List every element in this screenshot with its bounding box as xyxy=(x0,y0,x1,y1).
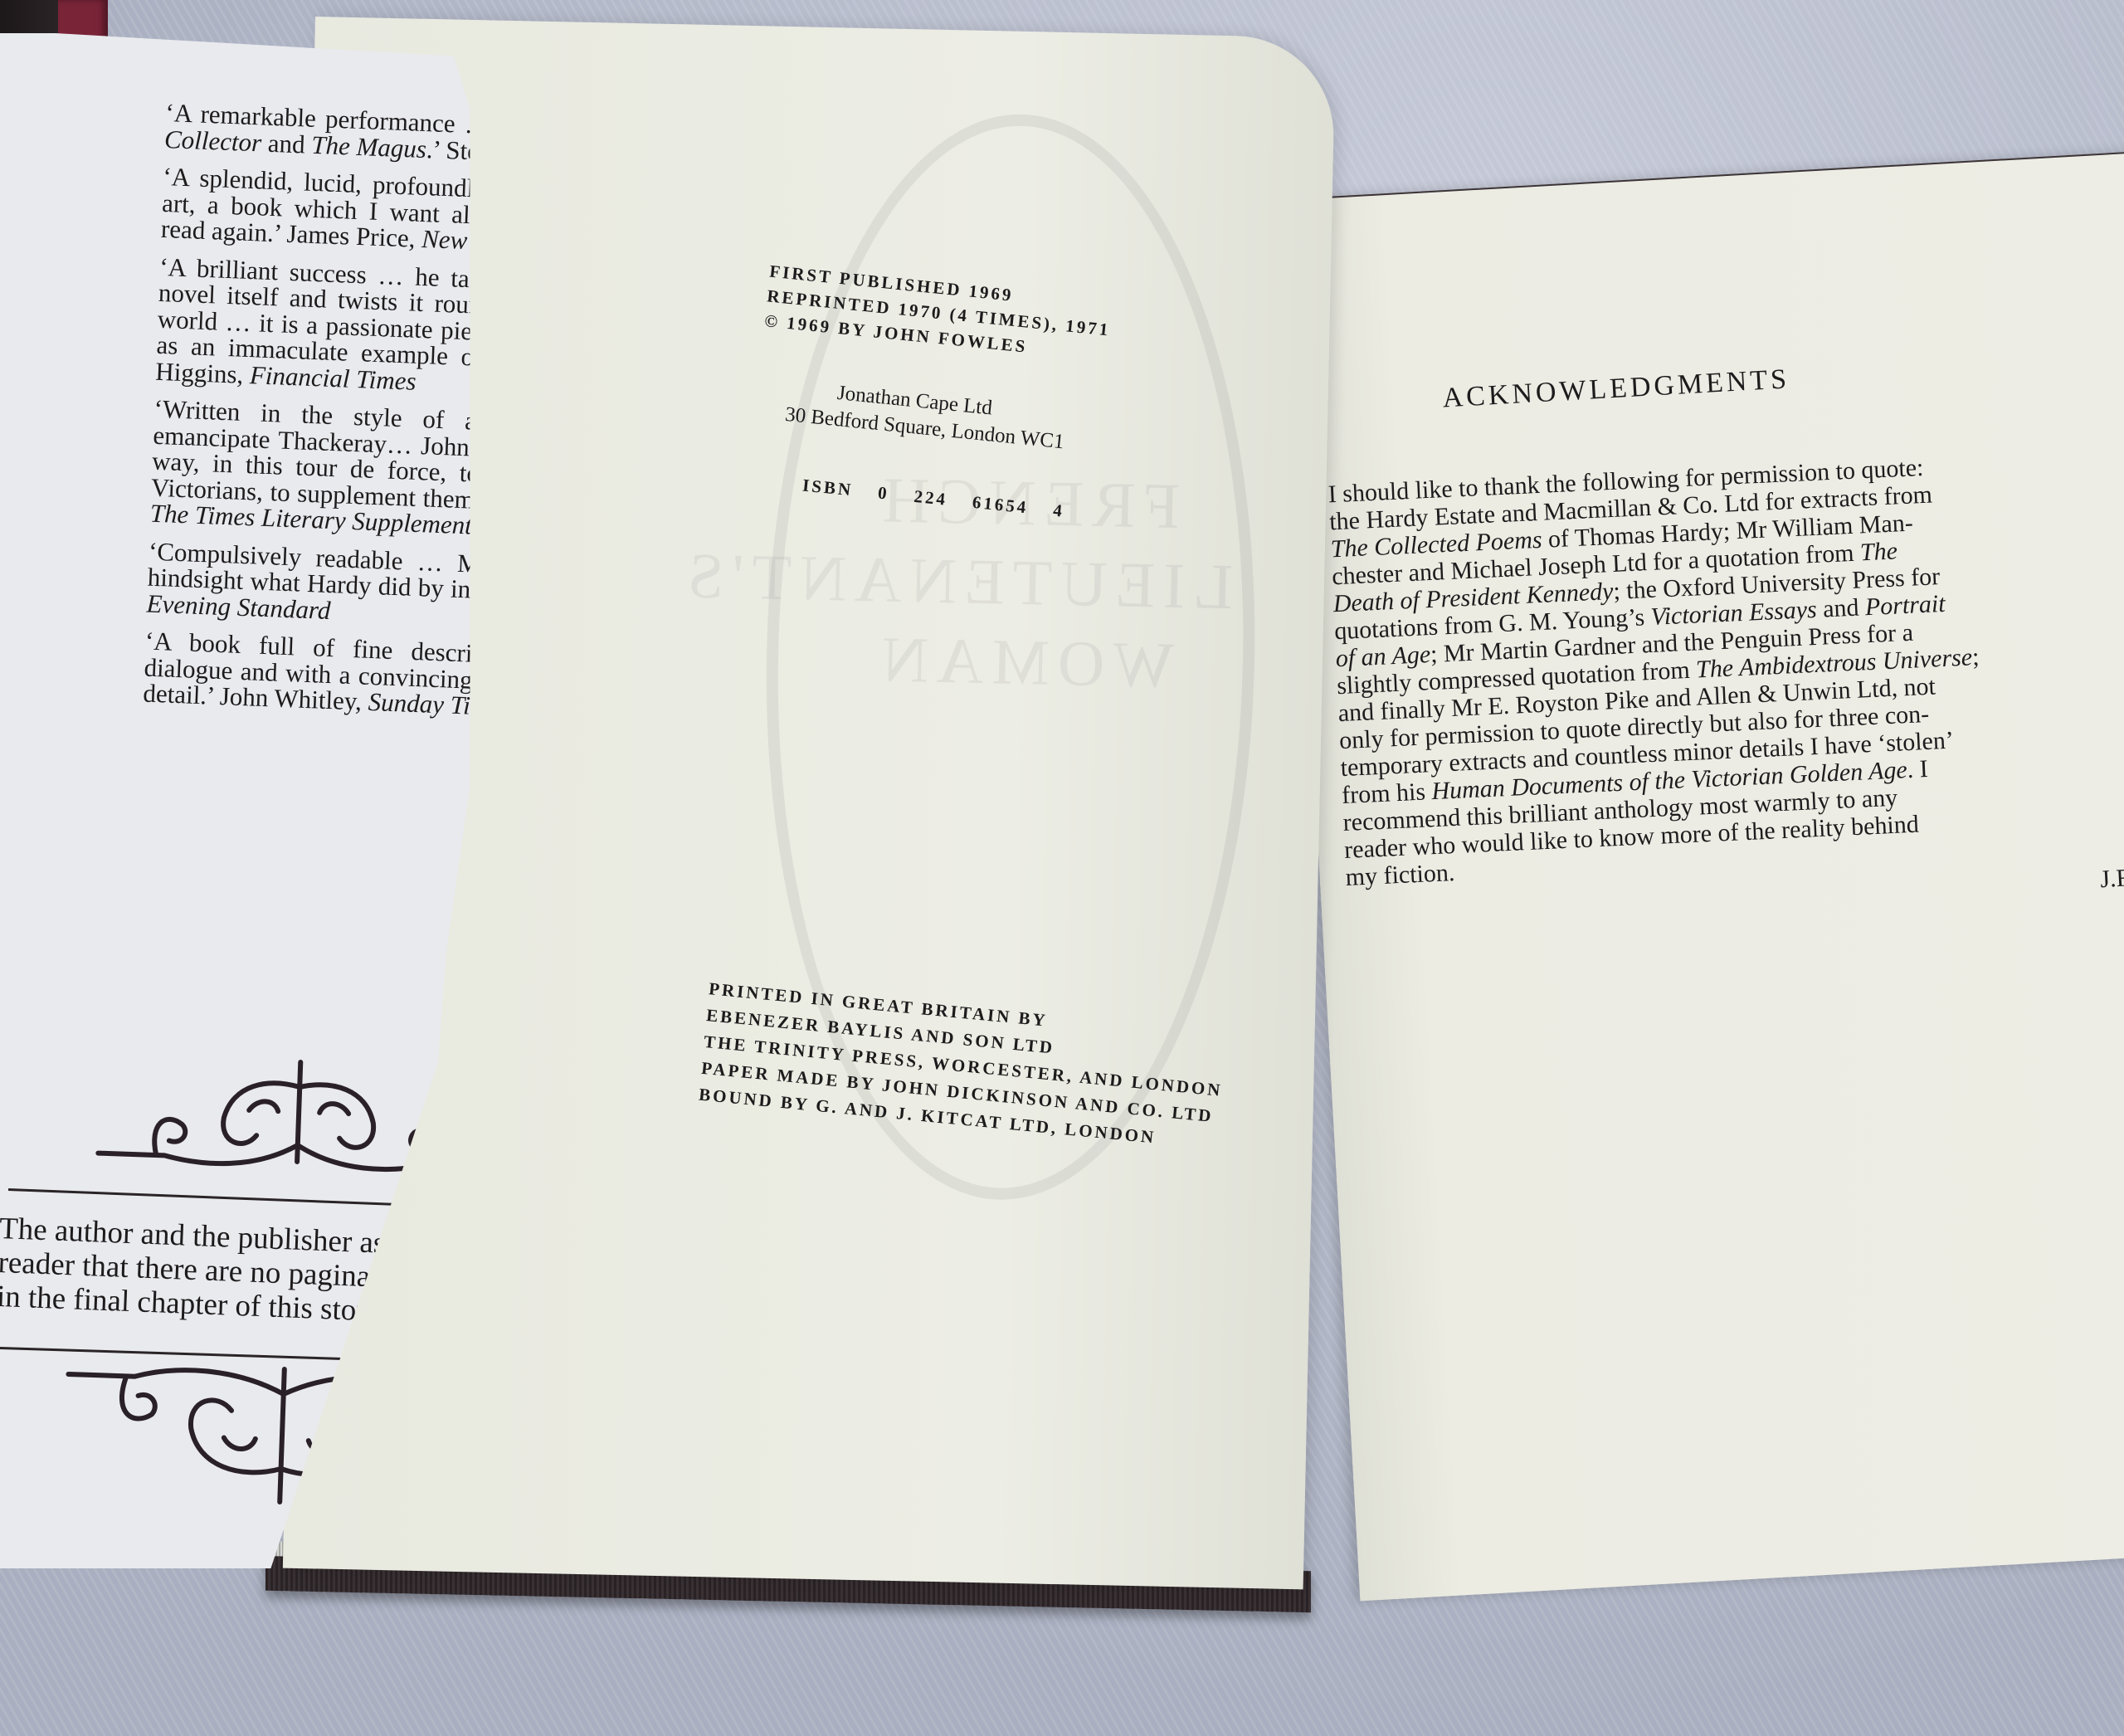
acknowledgments-page: ACKNOWLEDGMENTS I should like to thank t… xyxy=(1282,151,2124,1601)
signature-initials: J.F. xyxy=(2099,864,2124,894)
printer-colophon: Printed in Great Britain by Ebenezer Bay… xyxy=(698,975,1289,1162)
acknowledgments-heading: ACKNOWLEDGMENTS xyxy=(1442,363,1790,414)
photo-scene: ACKNOWLEDGMENTS I should like to thank t… xyxy=(0,0,2124,1736)
acknowledgments-body: I should like to thank the following for… xyxy=(1327,446,2117,891)
